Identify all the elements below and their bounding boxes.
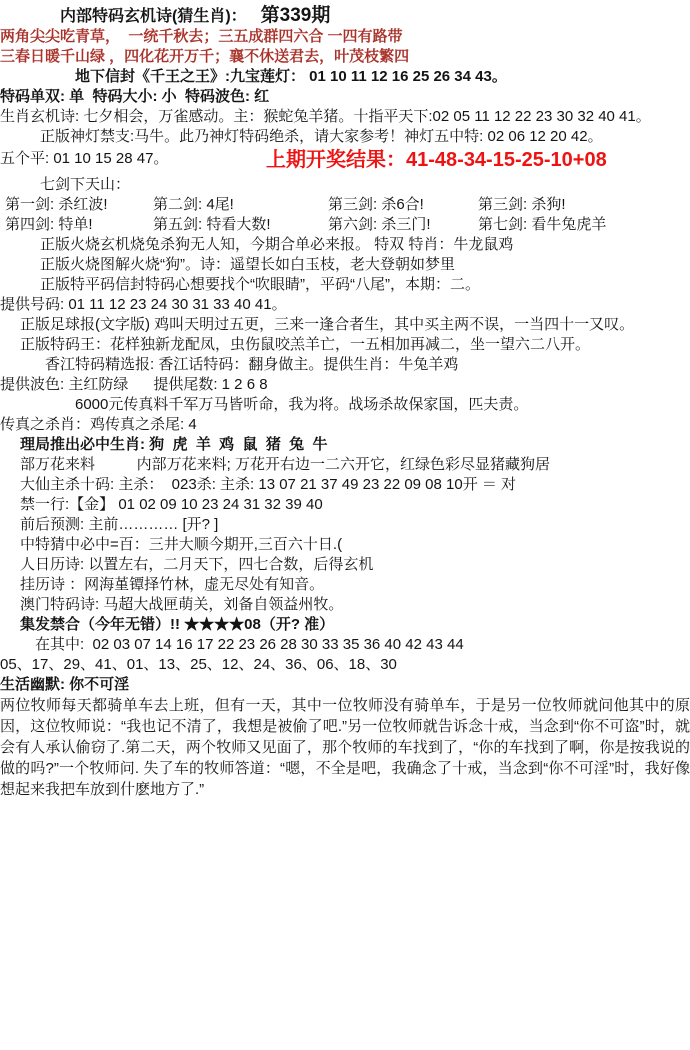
fire-diagram-line: 正版火烧图解火烧“狗”。诗：遥望长如白玉枝，老大登朝如梦里 [0,255,690,275]
zodiac-mystery-poem-line: 生肖玄机诗: 七夕相会，万雀感动。主：猴蛇兔羊猪。十指平天下:02 05 11 … [0,107,690,127]
fax-kill-zodiac-line: 传真之杀肖：鸡传真之杀尾: 4 [0,415,690,435]
sword-5: 第五剑: 特看大数! [153,215,328,235]
mid-special-guess-line: 中特猜中必中=百：三井大顺今期开,三百六十日.( [0,535,690,555]
fire-mystery-line: 正版火烧玄机烧兔杀狗无人知，今期合单必来报。 特双 特肖：牛龙鼠鸡 [0,235,690,255]
last-draw-result: 上期开奖结果：41-48-34-15-25-10+08 [266,147,607,173]
provided-numbers-line: 提供号码: 01 11 12 23 24 30 31 33 40 41。 [0,295,690,315]
poem-line-1: 两角尖尖吃青草， 一统千秋去；三五成群四六合 一四有路带 [0,27,690,47]
sword-7: 第七剑: 看牛兔虎羊 [478,215,690,235]
title-text: 内部特码玄机诗(猜生肖)： [60,8,247,25]
daxian-kill-ten-line: 大仙主杀十码: 主杀： 023杀: 主杀: 13 07 21 37 49 23 … [0,475,690,495]
number-list-line: 05、17、29、41、01、13、25、12、24、36、06、18、30 [0,655,690,675]
lottery-tip-sheet: 内部特码玄机诗(猜生肖)：第339期 两角尖尖吃青草， 一统千秋去；三五成群四六… [0,0,690,1050]
humor-story: 两位牧师每天都骑单车去上班，但有一天，其中一位牧师没有骑单车，于是另一位牧师就问… [0,695,690,800]
humor-title: 生活幽默: 你不可淫 [0,675,690,695]
last-draw-numbers: 41-48-34-15-25-10+08 [406,149,607,171]
sword-1: 第一剑: 杀红波! [5,195,153,215]
issue-number: 第339期 [261,5,331,26]
among-them-numbers-line: 在其中: 02 03 07 14 16 17 22 23 26 28 30 33… [0,635,690,655]
sword-3: 第三剑: 杀6合! [328,195,478,215]
tema-attributes-line: 特码单双: 单 特码大小: 小 特码波色: 红 [0,87,690,107]
last-draw-label: 上期开奖结果： [266,149,406,171]
tema-king-line: 正版特码王：花样独新龙配凤，虫伤鼠咬羔羊亡，一五相加再减二，坐一望六二八开。 [0,335,690,355]
seven-swords-title: 七剑下天山： [0,175,690,195]
xiangjiang-report-line: 香江特码精选报: 香江话特码：翻身做主。提供生肖：牛兔羊鸡 [0,355,690,375]
five-flat-and-result-row: 五个平: 01 10 15 28 47。 上期开奖结果：41-48-34-15-… [0,147,690,175]
macau-tema-poem-line: 澳门特码诗: 马超大战匣萌关，刘备自领益州牧。 [0,595,690,615]
five-flat-numbers: 五个平: 01 10 15 28 47。 [0,149,168,169]
football-paper-line: 正版足球报(文字版) 鸡叫天明过五更，三来一逢合者生，其中买主两不误，一当四十一… [0,315,690,335]
page-title: 内部特码玄机诗(猜生肖)：第339期 [0,6,690,27]
poem-line-2: 三春日暖千山绿 ，四化花开万千；襄不休送君去，叶茂枝繁四 [0,47,690,67]
sword-6: 第六剑: 杀三门! [328,215,478,235]
wanhua-material-line: 部万花来料 内部万花来料; 万花开右边一二六开它，红绿色彩尽显猪藏狗居 [0,455,690,475]
bureau-zodiac-line: 理局推出必中生肖: 狗 虎 羊 鸡 鼠 猪 兔 牛 [0,435,690,455]
special-flat-envelope-line: 正版特平码信封特码心想要找个“吹眼睛”，平码“八尾”，本期：二。 [0,275,690,295]
sword-2: 第二剑: 4尾! [153,195,328,215]
fax-6000-line: 6000元传真料千军万马皆听命，我为将。战场杀故保家国，匹夫责。 [0,395,690,415]
wall-calendar-poem-line: 挂历诗 ：网海堇镡择竹林，虚无尽处有知音。 [0,575,690,595]
jifa-forbidden-line: 集发禁合（今年无错）!! ★★★★08（开? 准） [0,615,690,635]
underground-envelope-line: 地下信封《千王之王》:九宝莲灯： 01 10 11 12 16 25 26 34… [0,67,690,87]
sword-4: 第四剑: 特单! [5,215,153,235]
seven-swords-row-1: 第一剑: 杀红波! 第二剑: 4尾! 第三剑: 杀6合! 第三剑: 杀狗! [0,195,690,215]
calendar-poem-line: 人日历诗: 以置左右，二月天下，四七合数，后得玄机 [0,555,690,575]
sword-3b: 第三剑: 杀狗! [478,195,690,215]
forbidden-row-line: 禁一行:【金】 01 02 09 10 23 24 31 32 39 40 [0,495,690,515]
magic-lamp-line: 正版神灯禁支:马牛。此乃神灯特码绝杀，请大家参考！神灯五中特: 02 06 12… [0,127,690,147]
before-after-forecast-line: 前后预测: 主前………… [开? ] [0,515,690,535]
seven-swords-row-2: 第四剑: 特单! 第五剑: 特看大数! 第六剑: 杀三门! 第七剑: 看牛兔虎羊 [0,215,690,235]
wave-color-tails-line: 提供波色: 主红防绿 提供尾数: 1 2 6 8 [0,375,690,395]
